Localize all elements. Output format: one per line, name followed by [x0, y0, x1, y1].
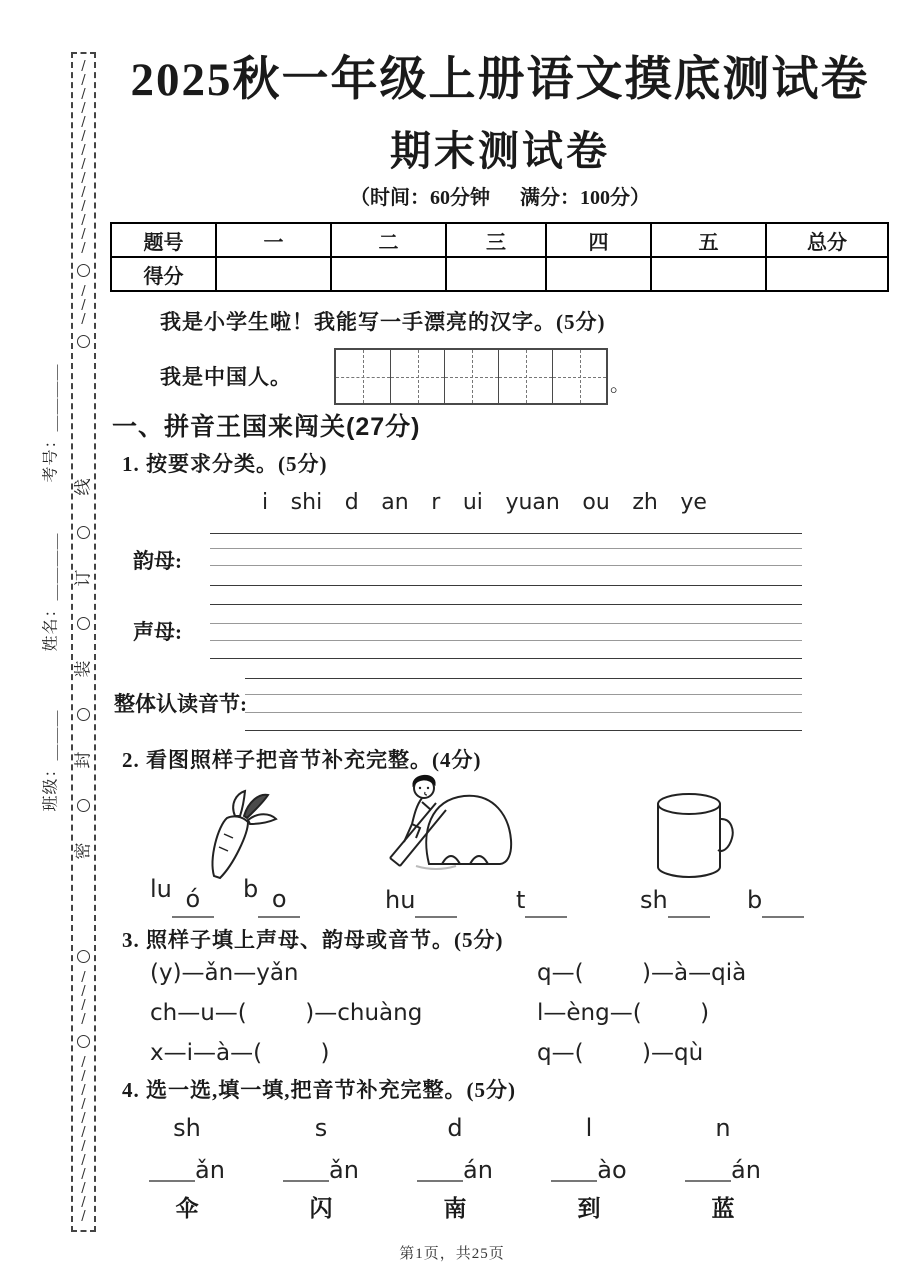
header-cell-1: 一: [216, 223, 331, 257]
seal-slash: /: [81, 144, 85, 158]
score-cell: [766, 257, 888, 291]
header-cell-3: 三: [446, 223, 546, 257]
answer-line: [210, 604, 802, 605]
syllable-blank: sh: [640, 874, 710, 914]
answer-line: [210, 640, 802, 641]
carrot-illustration: [190, 786, 285, 886]
pinyin-item: an: [381, 490, 408, 515]
pinyin-item: d: [345, 490, 359, 515]
seal-circle: [77, 799, 90, 812]
score-cell: [446, 257, 546, 291]
q4-option: d: [388, 1114, 522, 1142]
class-field: 班级：＿＿＿: [38, 702, 61, 812]
fill-line: [685, 1154, 731, 1182]
q4-option: n: [656, 1114, 790, 1142]
q4-final: án: [463, 1156, 493, 1184]
q3-item: q—( )—à—qià: [537, 960, 746, 986]
cup-illustration: [652, 791, 734, 881]
writing-cell: [390, 350, 444, 403]
slide-illustration: [372, 770, 524, 875]
seal-circle: [77, 264, 90, 277]
seal-circle: [77, 1035, 90, 1048]
whole-syllables-answer-lines: [245, 678, 802, 732]
q4-option: l: [522, 1114, 656, 1142]
seal-slash: /: [81, 313, 85, 327]
answer-line: [210, 585, 802, 586]
q4-option: s: [254, 1114, 388, 1142]
q3-item: x—i—à—( ): [150, 1040, 330, 1066]
seal-slash: /: [81, 242, 85, 256]
q4-final: ǎn: [195, 1156, 225, 1184]
q3-item: l—èng—( ): [537, 1000, 709, 1026]
student-name-field: 姓名：＿＿＿＿: [38, 522, 61, 652]
syllable-blank: t: [516, 874, 567, 914]
seal-circle: [77, 708, 90, 721]
seal-slash: /: [81, 186, 85, 200]
syllable-prefix: sh: [640, 886, 668, 914]
q4-character: 南: [388, 1190, 522, 1223]
seal-slash: /: [81, 971, 85, 985]
header-cell-question-no: 题号: [111, 223, 216, 257]
seal-character: 线: [73, 479, 95, 496]
answer-line: [210, 658, 802, 659]
syllable-answer-line: [762, 884, 804, 918]
q4-title: 4. 选一选,填一填,把音节补充完整。(5分): [122, 1074, 516, 1104]
seal-slash: /: [81, 1182, 85, 1196]
pinyin-item: yuan: [505, 490, 559, 515]
time-score-info: （时间：60分钟 满分：100分）: [110, 181, 890, 210]
seal-circle: [77, 526, 90, 539]
seal-line-band: /////////////////线订装封密////////////////: [71, 52, 96, 1232]
syllable-prefix: t: [516, 886, 525, 914]
answer-line: [210, 565, 802, 566]
syllable-answer-line: [415, 884, 457, 918]
seal-slash: /: [81, 1056, 85, 1070]
pinyin-item: i: [262, 490, 268, 515]
paper-subtitle: 期末测试卷: [110, 118, 890, 177]
finals-label: 韵母:: [133, 545, 182, 575]
exam-paper-page: 考号：＿＿＿＿ 姓名：＿＿＿＿ 班级：＿＿＿ /////////////////…: [0, 0, 904, 1280]
q4-final: ào: [597, 1156, 626, 1184]
seal-slash: /: [81, 1140, 85, 1154]
copy-sentence: 我是中国人。: [160, 361, 292, 391]
q4-blank: ǎn: [120, 1150, 254, 1184]
seal-character: 封: [73, 752, 95, 769]
q1-pinyin-items: i shi d an r ui yuan ou zh ye: [262, 490, 707, 515]
answer-line: [210, 623, 802, 624]
seal-slash: /: [81, 285, 85, 299]
q4-character: 伞: [120, 1190, 254, 1223]
score-cell: [216, 257, 331, 291]
q3-item: q—( )—qù: [537, 1040, 703, 1066]
pinyin-item: ye: [680, 490, 707, 515]
seal-circle: [77, 335, 90, 348]
q3-title: 3. 照样子填上声母、韵母或音节。(5分): [122, 924, 504, 954]
q4-character: 蓝: [656, 1190, 790, 1223]
seal-slash: /: [81, 999, 85, 1013]
answer-line: [245, 730, 802, 731]
seal-slash: /: [81, 299, 85, 313]
fill-line: [417, 1154, 463, 1182]
finals-answer-lines: [210, 533, 802, 587]
header-cell-total: 总分: [766, 223, 888, 257]
pinyin-item: ui: [463, 490, 483, 515]
q4-blank: ǎn: [254, 1150, 388, 1184]
pinyin-item: ou: [582, 490, 609, 515]
syllable-blank: luó: [150, 874, 214, 908]
seal-slash: /: [81, 172, 85, 186]
seal-slash: /: [81, 1196, 85, 1210]
writing-cell: [552, 350, 606, 403]
pinyin-item: r: [431, 490, 440, 515]
seal-slash: /: [81, 130, 85, 144]
seal-slash: /: [81, 1168, 85, 1182]
syllable-blank: b: [747, 874, 804, 914]
pinyin-item: shi: [291, 490, 323, 515]
q4-character: 到: [522, 1190, 656, 1223]
exam-number-field: 考号：＿＿＿＿: [38, 363, 61, 483]
answer-line: [245, 712, 802, 713]
whole-syllables-label: 整体认读音节:: [114, 688, 247, 718]
initials-label: 声母:: [133, 616, 182, 646]
syllable-prefix: b: [243, 875, 258, 903]
header-cell-4: 四: [546, 223, 651, 257]
fill-line: [283, 1154, 329, 1182]
q4-blank: ào: [522, 1150, 656, 1184]
seal-slash: /: [81, 1126, 85, 1140]
header-cell-5: 五: [651, 223, 766, 257]
grid-period: 。: [610, 368, 630, 397]
seal-slash: /: [81, 1098, 85, 1112]
score-row-label: 得分: [111, 257, 216, 291]
q4-final: ǎn: [329, 1156, 359, 1184]
q4-option: sh: [120, 1114, 254, 1142]
syllable-answer-line: o: [258, 884, 300, 918]
fill-line: [551, 1154, 597, 1182]
answer-line: [245, 694, 802, 695]
syllable-blank: hu: [385, 874, 457, 914]
score-table-score-row: 得分: [111, 257, 888, 291]
score-cell: [651, 257, 766, 291]
syllable-answer-line: ó: [172, 884, 214, 918]
q3-item: ch—u—( )—chuàng: [150, 1000, 422, 1026]
character-writing-grid: [334, 348, 608, 405]
seal-character: 密: [73, 843, 95, 860]
seal-slash: /: [81, 214, 85, 228]
seal-slash: /: [81, 60, 85, 74]
q4-blank: án: [656, 1150, 790, 1184]
seal-circle: [77, 617, 90, 630]
q4-final: án: [731, 1156, 761, 1184]
writing-cell: [444, 350, 498, 403]
seal-slash: /: [81, 1112, 85, 1126]
writing-cell: [336, 350, 390, 403]
score-cell: [546, 257, 651, 291]
seal-character: 装: [73, 661, 95, 678]
intro-sentence: 我是小学生啦！我能写一手漂亮的汉字。(5分): [160, 306, 606, 336]
page-number: 第1页，共25页: [0, 1242, 904, 1263]
initials-answer-lines: [210, 604, 802, 660]
seal-character: 订: [73, 570, 95, 587]
paper-title: 2025秋一年级上册语文摸底测试卷: [110, 52, 890, 108]
seal-slash: /: [81, 200, 85, 214]
q3-item: (y)—ǎn—yǎn: [150, 960, 299, 986]
section-one-heading: 一、拼音王国来闯关(27分): [112, 407, 420, 443]
syllable-prefix: lu: [150, 875, 172, 903]
seal-slash: /: [81, 102, 85, 116]
score-cell: [331, 257, 446, 291]
q4-character: 闪: [254, 1190, 388, 1223]
writing-cell: [498, 350, 552, 403]
seal-slash: /: [81, 228, 85, 242]
fill-line: [149, 1154, 195, 1182]
header-cell-2: 二: [331, 223, 446, 257]
seal-slash: /: [81, 74, 85, 88]
seal-slash: /: [81, 158, 85, 172]
score-table-header-row: 题号 一 二 三 四 五 总分: [111, 223, 888, 257]
seal-slash: /: [81, 1013, 85, 1027]
score-table: 题号 一 二 三 四 五 总分 得分: [110, 222, 889, 292]
seal-slash: /: [81, 1154, 85, 1168]
seal-slash: /: [81, 88, 85, 102]
syllable-blank: bo: [243, 874, 300, 908]
syllable-answer-line: [525, 884, 567, 918]
seal-slash: /: [81, 985, 85, 999]
seal-slash: /: [81, 1210, 85, 1224]
q4-blank: án: [388, 1150, 522, 1184]
answer-line: [245, 678, 802, 679]
answer-line: [210, 548, 802, 549]
syllable-answer-line: [668, 884, 710, 918]
syllable-prefix: hu: [385, 886, 415, 914]
syllable-prefix: b: [747, 886, 762, 914]
seal-slash: /: [81, 1084, 85, 1098]
seal-slash: /: [81, 116, 85, 130]
pinyin-item: zh: [632, 490, 658, 515]
q1-title: 1. 按要求分类。(5分): [122, 448, 328, 478]
answer-line: [210, 533, 802, 534]
seal-slash: /: [81, 1070, 85, 1084]
seal-circle: [77, 950, 90, 963]
